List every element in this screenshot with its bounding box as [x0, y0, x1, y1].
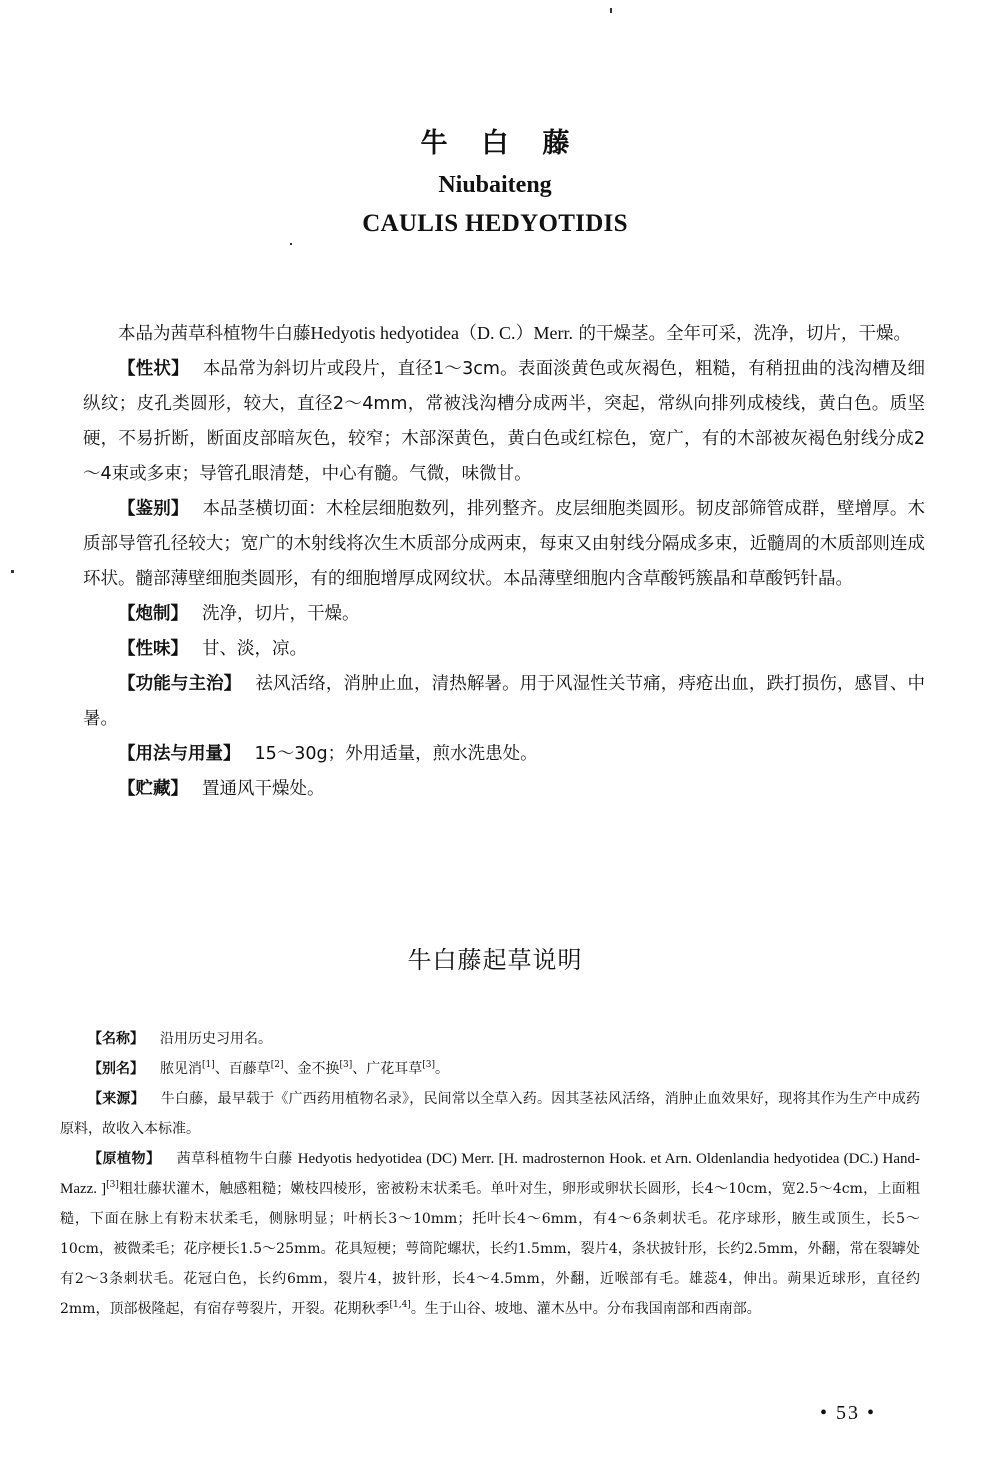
- section-label: 【功能与主治】: [118, 674, 241, 694]
- section-property-flavor: 【性味】甘、淡，凉。: [83, 632, 925, 667]
- section-label: 【名称】: [88, 1031, 144, 1047]
- notes-section-original-plant: 【原植物】茜草科植物牛白藤 Hedyotis hedyotidea (DC) M…: [60, 1144, 920, 1324]
- drafting-notes-title: 牛白藤起草说明: [0, 943, 990, 977]
- intro-text-after: 的干燥茎。全年可采，洗净，切片，干燥。: [579, 324, 912, 344]
- alias-name: 广花耳草: [366, 1061, 422, 1077]
- section-description: 【性状】本品常为斜切片或段片，直径1～3cm。表面淡黄色或灰褐色，粗糙，有稍扭曲…: [83, 352, 925, 492]
- section-text: 甘、淡，凉。: [202, 639, 307, 659]
- plant-text-before: 茜草科植物牛白藤: [177, 1151, 293, 1167]
- citation-ref: [1]: [202, 1060, 215, 1070]
- alias-item: 脓见消[1]、: [160, 1061, 229, 1077]
- monograph-title-chinese: 牛白藤: [0, 126, 990, 162]
- citation-ref: [1,4]: [389, 1300, 410, 1310]
- document-page: 牛白藤 Niubaiteng CAULIS HEDYOTIDIS 本品为茜草科植…: [0, 0, 990, 1482]
- intro-latin-name: Hedyotis hedyotidea（D. C.）Merr.: [311, 323, 573, 343]
- drafting-notes-body: 【名称】沿用历史习用名。 【别名】脓见消[1]、百藤草[2]、金不换[3]、广花…: [60, 1024, 920, 1324]
- notes-section-aliases: 【别名】脓见消[1]、百藤草[2]、金不换[3]、广花耳草[3]。: [60, 1054, 920, 1084]
- scan-artifact: [11, 570, 14, 573]
- alias-name: 脓见消: [160, 1061, 202, 1077]
- section-usage-dosage: 【用法与用量】15～30g；外用适量，煎水洗患处。: [83, 737, 925, 772]
- monograph-intro: 本品为茜草科植物牛白藤Hedyotis hedyotidea（D. C.）Mer…: [83, 316, 925, 352]
- section-processing: 【炮制】洗净，切片，干燥。: [83, 597, 925, 632]
- section-label: 【鉴别】: [118, 499, 189, 519]
- citation-ref: [3]: [106, 1180, 119, 1190]
- separator: 。: [435, 1061, 449, 1077]
- monograph-body: 本品为茜草科植物牛白藤Hedyotis hedyotidea（D. C.）Mer…: [83, 316, 925, 807]
- section-text: 洗净，切片，干燥。: [202, 604, 360, 624]
- alias-item: 金不换[3]、: [298, 1061, 367, 1077]
- section-label: 【贮藏】: [118, 779, 188, 799]
- section-label: 【性状】: [118, 359, 189, 379]
- section-text: 本品常为斜切片或段片，直径1～3cm。表面淡黄色或灰褐色，粗糙，有稍扭曲的浅沟槽…: [83, 359, 925, 484]
- alias-item: 百藤草[2]、: [229, 1061, 298, 1077]
- section-text: 沿用历史习用名。: [160, 1031, 272, 1047]
- section-label: 【用法与用量】: [118, 744, 241, 764]
- monograph-title-pinyin: Niubaiteng: [0, 170, 990, 200]
- section-identification: 【鉴别】本品茎横切面：木栓层细胞数列，排列整齐。皮层细胞类圆形。韧皮部筛管成群，…: [83, 492, 925, 597]
- alias-item: 广花耳草[3]。: [366, 1061, 449, 1077]
- separator: 、: [215, 1061, 229, 1077]
- section-text: 本品茎横切面：木栓层细胞数列，排列整齐。皮层细胞类圆形。韧皮部筛管成群，壁增厚。…: [83, 499, 925, 589]
- section-text: 置通风干燥处。: [202, 779, 325, 799]
- scan-artifact: [610, 8, 612, 13]
- intro-text-before: 本品为茜草科植物牛白藤: [118, 324, 311, 344]
- section-storage: 【贮藏】置通风干燥处。: [83, 772, 925, 807]
- citation-ref: [2]: [271, 1060, 284, 1070]
- section-label: 【别名】: [88, 1061, 144, 1077]
- separator: 、: [284, 1061, 298, 1077]
- alias-name: 百藤草: [229, 1061, 271, 1077]
- section-label: 【原植物】: [88, 1151, 161, 1167]
- plant-distribution: 。生于山谷、坡地、灌木丛中。分布我国南部和西南部。: [411, 1301, 761, 1317]
- alias-name: 金不换: [298, 1061, 340, 1077]
- separator: 、: [352, 1061, 366, 1077]
- plant-description: 粗壮藤状灌木，触感粗糙；嫩枝四棱形，密被粉末状柔毛。单叶对生，卵形或卵状长圆形，…: [60, 1181, 920, 1317]
- citation-ref: [3]: [422, 1060, 435, 1070]
- section-text: 牛白藤，最早载于《广西药用植物名录》，民间常以全草入药。因其茎祛风活络，消肿止血…: [60, 1091, 920, 1137]
- section-label: 【来源】: [88, 1091, 145, 1107]
- citation-ref: [3]: [340, 1060, 353, 1070]
- notes-section-source: 【来源】牛白藤，最早载于《广西药用植物名录》，民间常以全草入药。因其茎祛风活络，…: [60, 1084, 920, 1144]
- notes-section-name: 【名称】沿用历史习用名。: [60, 1024, 920, 1054]
- scan-artifact: [290, 243, 292, 245]
- section-text: 15～30g；外用适量，煎水洗患处。: [255, 744, 538, 764]
- monograph-title-latin: CAULIS HEDYOTIDIS: [0, 208, 990, 240]
- section-label: 【性味】: [118, 639, 188, 659]
- section-label: 【炮制】: [118, 604, 188, 624]
- page-number: • 53 •: [820, 1400, 876, 1426]
- section-actions-indications: 【功能与主治】祛风活络，消肿止血，清热解暑。用于风湿性关节痛，痔疮出血，跌打损伤…: [83, 667, 925, 737]
